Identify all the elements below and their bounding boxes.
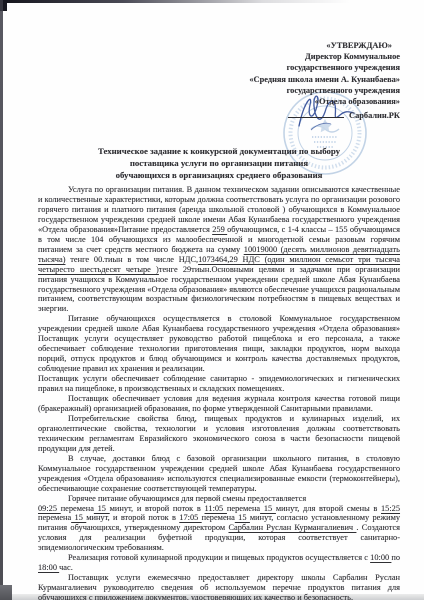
document-page: «УТВЕРЖДАЮ» Директор Коммунальное госуда… (0, 0, 424, 600)
approval-line: Директор Коммунальное (160, 51, 400, 62)
underlined-value: 17:05 (179, 513, 201, 522)
director-name: Сарбалин.РК (349, 111, 400, 120)
text-run: Поставщик обеспечивает условия для веден… (38, 394, 400, 413)
underlined-value: 18:00 (38, 563, 59, 572)
scan-corner-bottom-left (0, 585, 12, 600)
signature-line (288, 109, 344, 118)
approval-line: «Отдела образования» (160, 96, 400, 107)
underlined-value: 15 (260, 504, 276, 513)
paragraph: Потребительские свойства блюд, пищевых п… (38, 414, 400, 454)
text-run: перемена (227, 504, 260, 513)
underlined-value: 15 (94, 504, 110, 513)
text-run: перемена (38, 513, 71, 522)
paragraph: 09:25 перемена 15 минут, и второй поток … (38, 504, 400, 554)
text-run: Поставщик услуги ежемесячно предоставляе… (38, 573, 400, 600)
document-title: Техническое задание к конкурсной докумен… (38, 145, 400, 182)
paragraph: Поставщик обеспечивает условия для веден… (38, 394, 400, 414)
underlined-value: 11:05 (205, 504, 227, 513)
text-run: Потребительские свойства блюд, пищевых п… (38, 414, 400, 453)
paragraph: Услуга по организации питания. В данном … (38, 185, 400, 314)
text-run: Питание обучающихся осуществляется в сто… (38, 314, 400, 373)
paragraph: Реализация готовой кулинарной продукции … (38, 553, 400, 573)
text-run: Горячее питание обучающимся для первой с… (68, 494, 306, 503)
underlined-value: Сарбалин Руслан Курмангалиевич (228, 523, 356, 532)
approval-block: «УТВЕРЖДАЮ» Директор Коммунальное госуда… (160, 40, 400, 121)
approval-line: государственного учреждения (160, 62, 400, 73)
underlined-value: 15:25 (381, 504, 400, 513)
text-run: перемена (61, 504, 94, 513)
scan-edge-left (0, 0, 3, 600)
text-run: В случае, доставки блюд с базовой органи… (38, 454, 400, 493)
approval-line: «Средняя школа имени А. Кунанбаева» (160, 74, 400, 85)
text-run: минут, для второй смены в (276, 504, 381, 513)
text-run: Поставщик услуги обеспечивает соблюдение… (38, 374, 400, 393)
text-run: перемена (202, 513, 235, 522)
title-line: поставщика услуги по организации питания (38, 157, 400, 169)
paragraph: Горячее питание обучающимся для первой с… (38, 494, 400, 504)
text-run: минут, и второй поток в (86, 513, 179, 522)
underlined-value: 15 (71, 513, 86, 522)
underlined-value: 15 (235, 513, 250, 522)
underlined-value: 259 (212, 225, 227, 234)
text-run: Реализация готовой кулинарной продукции … (68, 553, 370, 562)
paragraph: Поставщик услуги обеспечивает соблюдение… (38, 374, 400, 394)
approval-line: «УТВЕРЖДАЮ» (160, 40, 400, 51)
document-body: Услуга по организации питания. В данном … (38, 185, 400, 600)
title-line: Техническое задание к конкурсной докумен… (38, 145, 400, 157)
text-run: тенге 00.тиын в том числе НДС, (65, 255, 198, 264)
text-run: час. (59, 563, 73, 572)
paragraph: В случае, доставки блюд с базовой органи… (38, 454, 400, 494)
approval-line: государственного учреждения (160, 85, 400, 96)
paragraph: Питание обучающихся осуществляется в сто… (38, 314, 400, 374)
title-line: обучающихся в организациях среднего обра… (38, 169, 400, 181)
paragraph: Поставщик услуги ежемесячно предоставляе… (38, 573, 400, 600)
underlined-value: 09:25 (38, 504, 61, 513)
underlined-value: 10:00 (370, 553, 391, 562)
text-run: по (391, 553, 400, 562)
signature-row: Сарбалин.РК (160, 109, 400, 121)
text-run: минут, и второй поток в (110, 504, 205, 513)
scan-edge-top (0, 0, 350, 3)
